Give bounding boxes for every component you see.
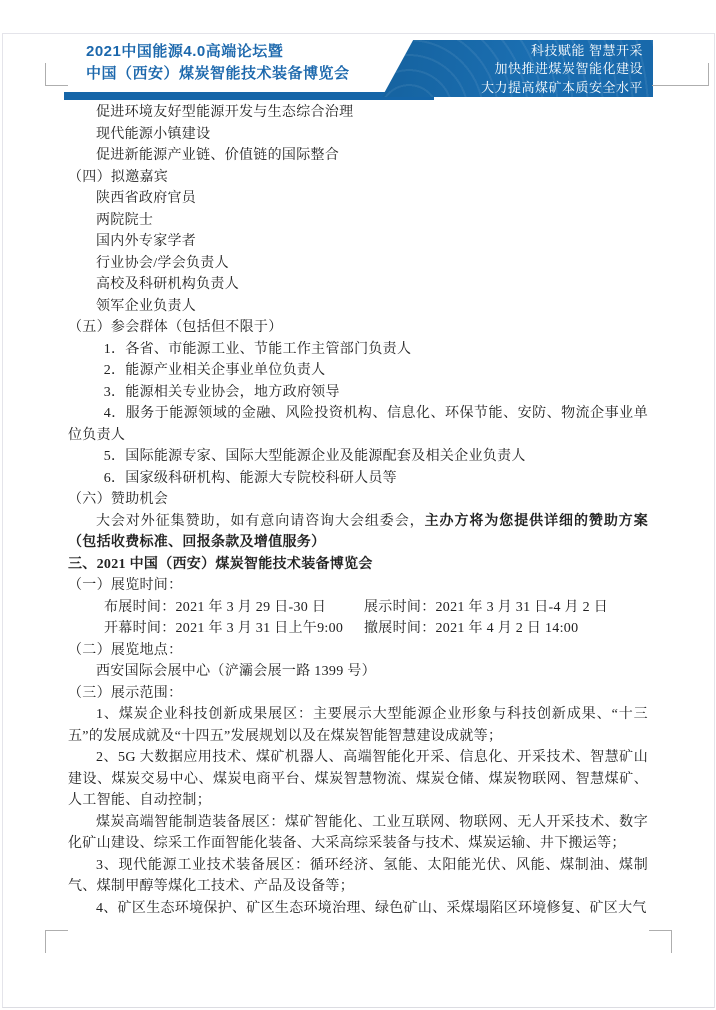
paragraph: 2、5G 大数据应用技术、煤矿机器人、高端智能化开采、信息化、开采技术、智慧矿山… [68,747,648,812]
list-item: 3．能源相关专业协会，地方政府领导 [68,382,648,404]
paragraph: 大会对外征集赞助，如有意向请咨询大会组委会，主办方将为您提供详细的赞助方案（包括… [68,511,648,554]
list-item: 5．国际能源专家、国际大型能源企业及能源配套及相关企业负责人 [68,446,648,468]
paragraph: 领军企业负责人 [68,296,648,318]
event-title-line1: 2021中国能源4.0高端论坛暨 [86,41,406,63]
slogan-line2: 加快推进煤炭智能化建设 [382,60,653,79]
paragraph: 西安国际会展中心（浐灞会展一路 1399 号） [68,661,648,683]
slogan-line3: 大力提高煤矿本质安全水平 [382,79,653,98]
list-item: 1．各省、市能源工业、节能工作主管部门负责人 [68,339,648,361]
section-label: （六）赞助机会 [68,489,648,511]
paragraph: 促进新能源产业链、价值链的国际整合 [68,145,648,167]
margin-mark-top-left-icon [45,63,68,86]
header-slogan-banner: 科技赋能 智慧开采 加快推进煤炭智能化建设 大力提高煤矿本质安全水平 [382,40,653,97]
section-heading: 三、2021 中国（西安）煤炭智能技术装备博览会 [68,554,648,576]
paragraph: 煤炭高端智能制造装备展区：煤矿智能化、工业互联网、物联网、无人开采技术、数字化矿… [68,812,648,855]
section-label: （五）参会群体（包括但不限于） [68,317,648,339]
event-title-line2: 中国（西安）煤炭智能技术装备博览会 [86,63,406,85]
paragraph: 促进环境友好型能源开发与生态综合治理 [68,102,648,124]
document-body: 促进环境友好型能源开发与生态综合治理现代能源小镇建设促进新能源产业链、价值链的国… [68,102,648,919]
schedule-row: 开幕时间：2021 年 3 月 31 日上午9:00撤展时间：2021 年 4 … [68,618,648,640]
section-label: （一）展览时间： [68,575,648,597]
schedule-row: 布展时间：2021 年 3 月 29 日-30 日展示时间：2021 年 3 月… [68,597,648,619]
list-item: 2．能源产业相关企事业单位负责人 [68,360,648,382]
section-label: （二）展览地点： [68,640,648,662]
paragraph: 高校及科研机构负责人 [68,274,648,296]
margin-mark-bottom-right-icon [649,930,672,953]
paragraph: 3、现代能源工业技术装备展区：循环经济、氢能、太阳能光伏、风能、煤制油、煤制气、… [68,855,648,898]
paragraph: 国内外专家学者 [68,231,648,253]
list-item: 4．服务于能源领域的金融、风险投资机构、信息化、环保节能、安防、物流企事业单位负… [68,403,648,446]
event-title: 2021中国能源4.0高端论坛暨 中国（西安）煤炭智能技术装备博览会 [86,41,406,85]
section-label: （四）拟邀嘉宾 [68,167,648,189]
section-label: （三）展示范围： [68,683,648,705]
header-rule-bar [64,92,434,100]
paragraph: 两院院士 [68,210,648,232]
paragraph: 4、矿区生态环境保护、矿区生态环境治理、绿色矿山、采煤塌陷区环境修复、矿区大气 [68,898,648,920]
paragraph: 陕西省政府官员 [68,188,648,210]
document-page: 2021中国能源4.0高端论坛暨 中国（西安）煤炭智能技术装备博览会 科技赋能 … [0,0,716,1010]
paragraph: 行业协会/学会负责人 [68,253,648,275]
paragraph: 1、煤炭企业科技创新成果展区：主要展示大型能源企业形象与科技创新成果、“十三五”… [68,704,648,747]
slogan-line1: 科技赋能 智慧开采 [382,42,653,61]
margin-mark-top-right-icon [652,63,709,86]
paragraph: 现代能源小镇建设 [68,124,648,146]
margin-mark-bottom-left-icon [45,930,68,953]
list-item: 6．国家级科研机构、能源大专院校科研人员等 [68,468,648,490]
